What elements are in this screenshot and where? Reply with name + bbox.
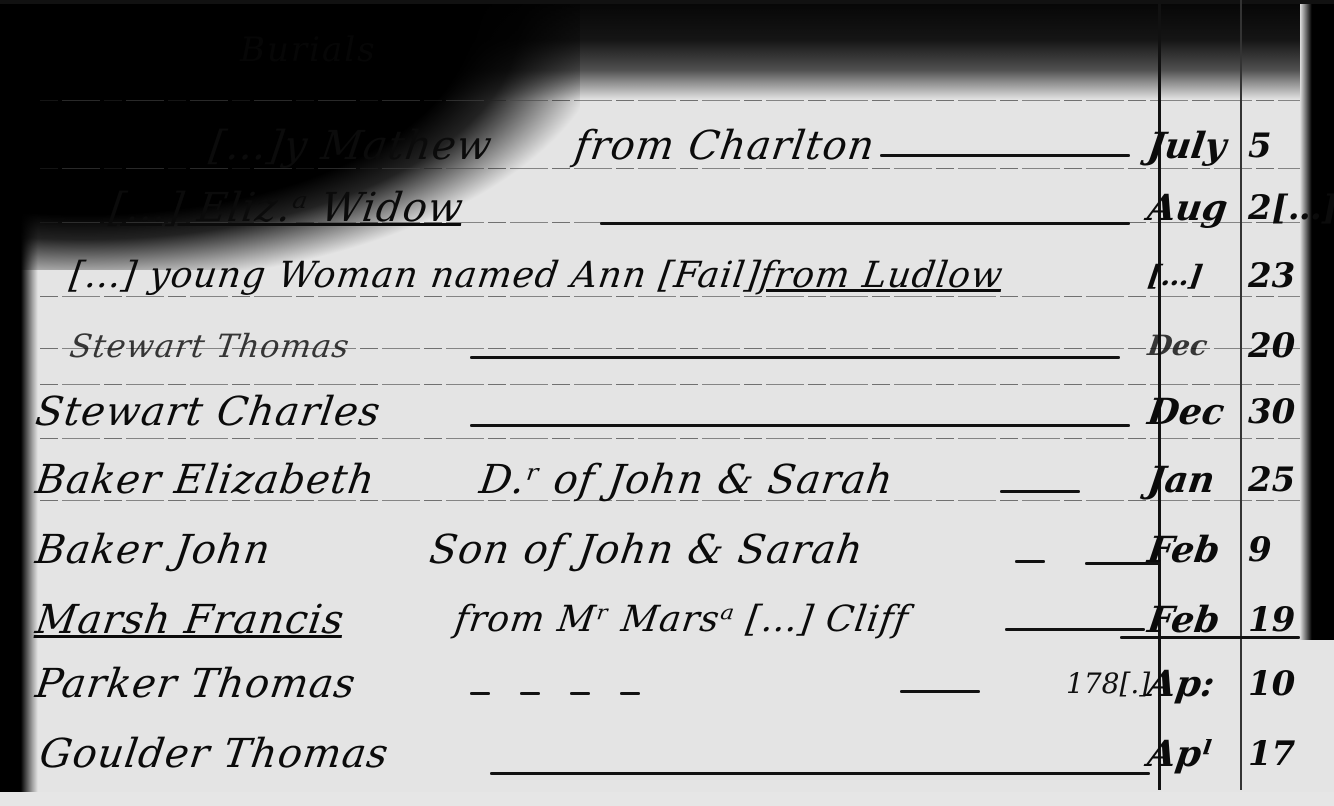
entry-name: […] Eliz.ᵃ Widow — [106, 180, 467, 236]
entry-day: 5 — [1248, 118, 1272, 174]
entry-leader — [470, 356, 1120, 359]
register-entry: […] Eliz.ᵃ Widow Aug 2[…] — [0, 180, 1334, 242]
entry-month: Aug — [1144, 180, 1231, 236]
entry-name: Stewart Thomas — [66, 318, 353, 374]
entry-day: 9 — [1248, 522, 1272, 578]
page-title: Burials — [240, 30, 377, 70]
entry-name: Goulder Thomas — [36, 726, 392, 782]
entry-day: 10 — [1248, 656, 1295, 712]
register-entry: Baker Elizabeth D.ʳ of John & Sarah Jan … — [0, 452, 1334, 514]
entry-leader — [490, 772, 1150, 775]
register-page: Burials […]y Mathew from Charlton July 5… — [0, 0, 1334, 806]
entry-leader — [1015, 560, 1045, 563]
register-entry: Goulder Thomas Apˡ 17 — [0, 726, 1334, 788]
entry-day: 19 — [1248, 592, 1295, 648]
entry-day: 30 — [1248, 384, 1295, 440]
entry-month: Dec — [1144, 318, 1211, 374]
entry-name: Marsh Francis — [32, 592, 348, 648]
register-entry: Marsh Francis from Mʳ Marsᵃ […] Cliff Fe… — [0, 592, 1334, 654]
entry-month: July — [1144, 118, 1230, 174]
entry-detail: Son of John & Sarah — [426, 522, 867, 578]
entry-month: Apˡ — [1144, 726, 1215, 782]
entry-name: […] young Woman named Ann [Fail] — [66, 248, 764, 304]
entry-month: Feb — [1144, 592, 1224, 648]
entry-name: Baker John — [32, 522, 275, 578]
entry-day: 23 — [1248, 248, 1295, 304]
entry-name: Parker Thomas — [32, 656, 360, 712]
entry-leader — [620, 692, 640, 695]
entry-day: 25 — [1248, 452, 1295, 508]
register-entry: […]y Mathew from Charlton July 5 — [0, 118, 1334, 180]
entry-leader — [600, 222, 1130, 225]
ruled-line — [40, 100, 1300, 101]
entry-day: 2[…] — [1248, 180, 1334, 236]
entry-month: Ap: — [1144, 656, 1218, 712]
entry-detail: from Ludlow — [756, 248, 1007, 304]
entry-leader — [1005, 628, 1145, 631]
entry-month: Jan — [1144, 452, 1218, 508]
entry-leader — [900, 690, 980, 693]
entry-leader — [1000, 490, 1080, 493]
entry-name: Baker Elizabeth — [32, 452, 379, 508]
register-entry: Stewart Thomas Dec 20 — [0, 318, 1334, 380]
entry-name: […]y Mathew — [206, 118, 496, 174]
entry-month: Feb — [1144, 522, 1224, 578]
entry-day: 20 — [1248, 318, 1295, 374]
entry-name: Stewart Charles — [32, 384, 384, 440]
register-entry: […] young Woman named Ann [Fail] from Lu… — [0, 248, 1334, 310]
register-entry: Baker John Son of John & Sarah Feb 9 — [0, 522, 1334, 584]
entry-month: Dec — [1144, 384, 1228, 440]
page-bottom-margin — [0, 792, 1334, 806]
entry-leader — [470, 692, 490, 695]
entry-detail: from Charlton — [571, 118, 879, 174]
entry-day: 17 — [1248, 726, 1295, 782]
scan-edge-top — [0, 0, 1334, 4]
entry-note: 178[.] — [1066, 656, 1150, 712]
entry-month: […] — [1144, 248, 1206, 304]
entry-leader — [880, 154, 1130, 157]
entry-leader — [570, 692, 590, 695]
register-entry: Stewart Charles Dec 30 — [0, 384, 1334, 446]
entry-detail: D.ʳ of John & Sarah — [476, 452, 897, 508]
entry-leader — [520, 692, 540, 695]
entry-detail: from Mʳ Marsᵃ […] Cliff — [451, 592, 912, 648]
register-entry: Parker Thomas 178[.] Ap: 10 — [0, 656, 1334, 718]
entry-leader — [470, 424, 1130, 427]
